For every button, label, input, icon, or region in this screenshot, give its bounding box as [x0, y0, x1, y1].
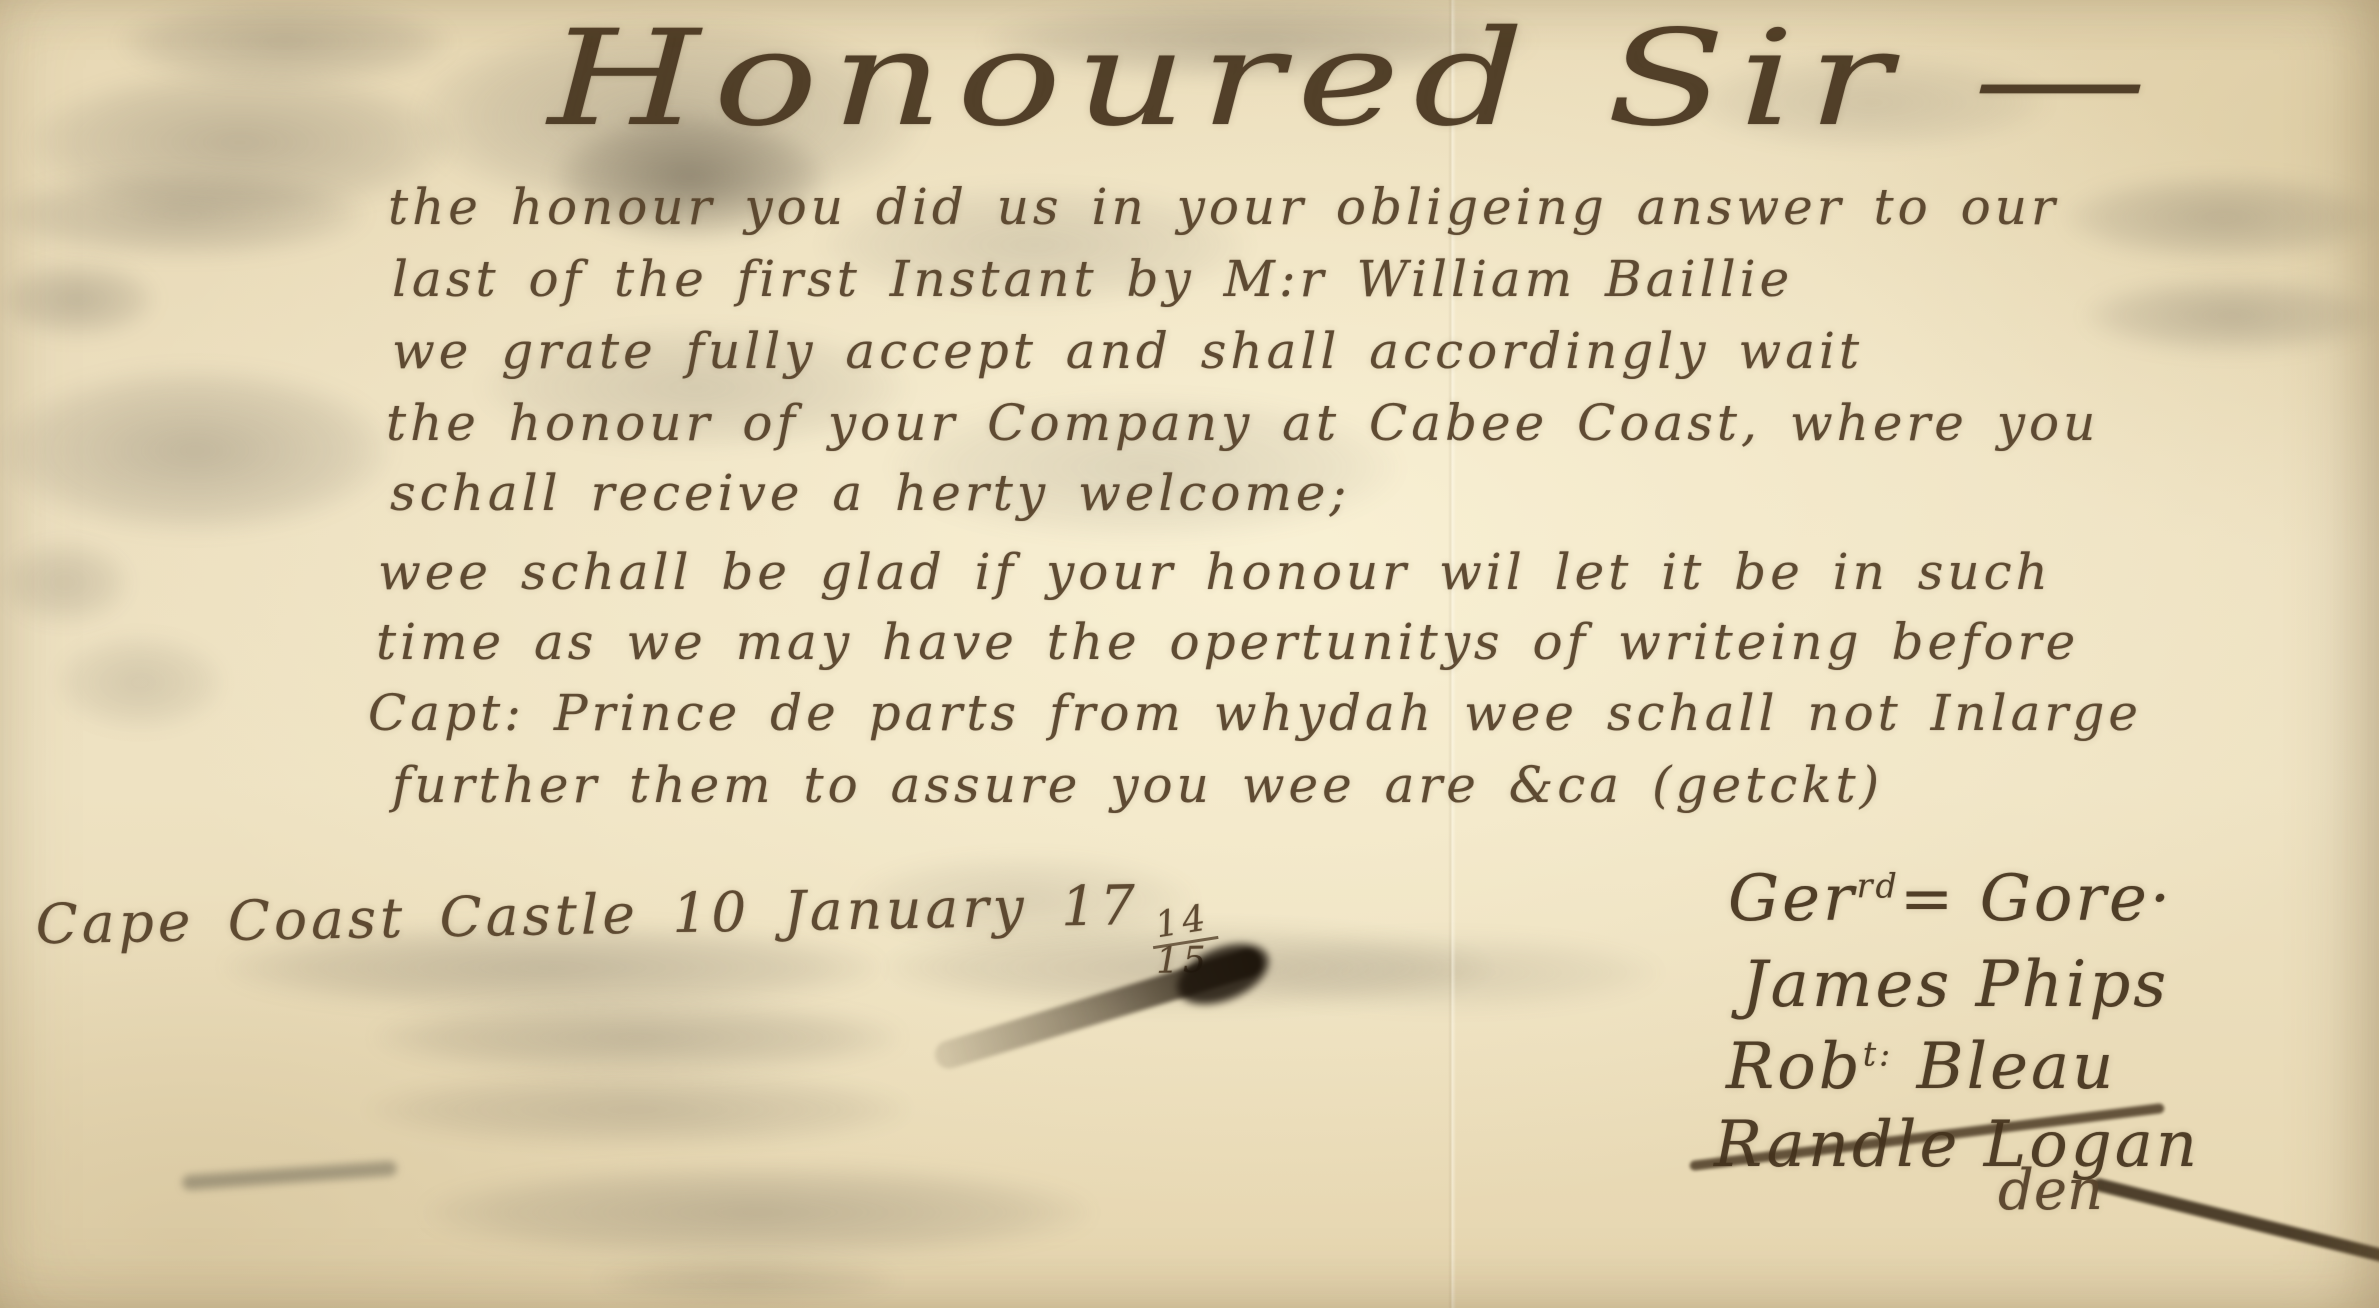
bleedthrough-smudge: [595, 1258, 900, 1303]
bleedthrough-smudge: [0, 172, 365, 257]
bleedthrough-smudge: [120, 0, 450, 85]
bleedthrough-smudge: [2065, 175, 2379, 260]
bleedthrough-smudge: [0, 262, 155, 337]
bleedthrough-smudge: [0, 540, 130, 625]
signature-gerrard-gore: Gerrd= Gore·: [1728, 862, 2173, 936]
bleedthrough-smudge: [2085, 278, 2379, 353]
faint-left-smear: [182, 1161, 398, 1191]
bleedthrough-smudge: [55, 635, 225, 730]
signature-robert-bleau: Robt: Bleau: [1726, 1030, 2116, 1104]
signature-text: Randle Logan: [1714, 1108, 2200, 1182]
letter-body-line: the honour you did us in your obligeing …: [388, 178, 2059, 236]
signature-text: Rob: [1726, 1030, 1863, 1104]
bleedthrough-smudge: [375, 1000, 900, 1075]
year-fraction-bottom: 15: [1156, 944, 1210, 979]
letter-body-line: schall receive a herty welcome;: [390, 464, 1350, 522]
signature-text: Bleau: [1893, 1030, 2116, 1104]
bleedthrough-smudge: [0, 368, 390, 533]
letter-body-line: we grate fully accept and shall accordin…: [392, 322, 1863, 380]
signature-superscript: t:: [1863, 1035, 1894, 1074]
letter-salutation: Honoured Sir —: [548, 2, 2160, 156]
signature-james-phips: James Phips: [1742, 948, 2169, 1022]
signature-randle-logan: Randle Logan: [1714, 1108, 2200, 1182]
letter-body-line: further them to assure you wee are &ca (…: [392, 756, 1883, 814]
letter-body-line: the honour of your Company at Cabee Coas…: [386, 394, 2099, 452]
corner-ink-word: den: [1998, 1158, 2103, 1223]
letter-body-line: last of the first Instant by M:r William…: [392, 250, 1793, 308]
signature-superscript: rd: [1857, 867, 1900, 906]
letter-dateline: Cape Coast Castle 10 January 171415: [35, 872, 1216, 999]
signature-text: Ger: [1728, 862, 1857, 936]
signature-text: James Phips: [1742, 948, 2169, 1022]
dateline-place-date: Cape Coast Castle 10 January 17: [35, 873, 1139, 956]
letter-body-line: wee schall be glad if your honour wil le…: [378, 543, 2052, 601]
letter-body-line: time as we may have the opertunitys of w…: [376, 613, 2079, 671]
manuscript-letter-page: Honoured Sir — the honour you did us in …: [0, 0, 2379, 1308]
signature-text: = Gore·: [1900, 862, 2173, 936]
letter-body-line: Capt: Prince de parts from whydah wee sc…: [368, 684, 2142, 742]
corner-flourish-line: [2091, 1177, 2379, 1272]
bleedthrough-smudge: [30, 70, 450, 215]
bleedthrough-smudge: [365, 1072, 910, 1147]
year-fraction: 1415: [1149, 905, 1216, 980]
bleedthrough-smudge: [425, 1165, 1090, 1260]
